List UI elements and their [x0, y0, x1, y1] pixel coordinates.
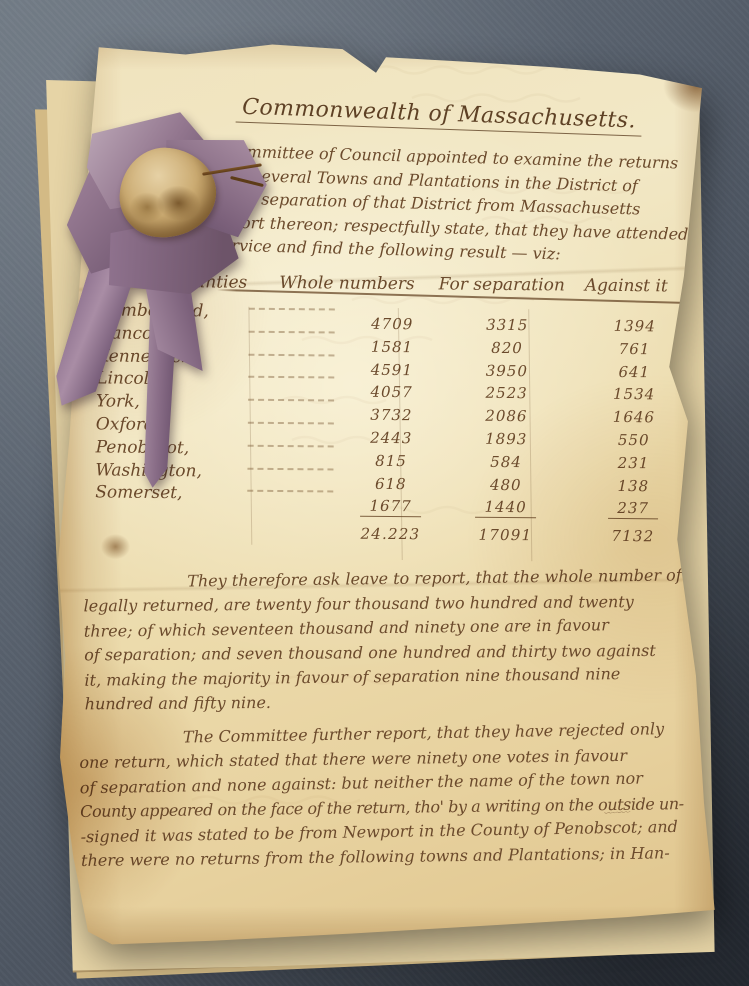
paragraph-line: legally returned, are twenty four thousa…: [83, 589, 693, 618]
for-separation-value: 584: [438, 452, 573, 471]
catchword-flourish: ﹏﹏: [604, 796, 631, 816]
dash-leader: [248, 444, 334, 447]
paragraph-line: of separation; and seven thousand one hu…: [84, 638, 694, 667]
dash-leader: [247, 467, 333, 470]
county-name: Somerset,: [91, 482, 241, 503]
dash-leader: [248, 398, 334, 401]
whole-number-value: 2443: [344, 428, 439, 447]
sum-underline: 237: [608, 499, 658, 519]
whole-number-value: 4591: [344, 360, 439, 379]
table-header-against-it: Against it: [585, 275, 668, 296]
for-separation-value: 2523: [439, 383, 574, 402]
total-whole-numbers: 24.223: [343, 524, 438, 543]
paragraph-line: hundred and fifty nine.: [85, 687, 695, 716]
total-for-separation: 17091: [438, 525, 573, 544]
against-value: 237: [573, 498, 693, 517]
for-separation-value: 3315: [440, 315, 575, 334]
whole-number-value: 815: [343, 451, 438, 470]
sum-underline: 1440: [475, 498, 535, 519]
whole-number-value: 1677: [343, 496, 438, 515]
whole-number-value: 4057: [344, 382, 439, 401]
table-totals-row: 24.223170917132: [91, 522, 693, 545]
for-separation-value: 820: [439, 338, 574, 357]
dash-leader: [247, 490, 333, 493]
for-separation-value: 3950: [439, 360, 574, 379]
against-value: 1646: [574, 407, 694, 426]
for-separation-value: 1440: [438, 497, 573, 516]
ribbon-seal: [62, 112, 302, 392]
report-paragraph: They therefore ask leave to report, that…: [83, 563, 695, 718]
against-value: 231: [573, 453, 693, 472]
dash-leader: [248, 421, 334, 424]
whole-number-value: 618: [343, 474, 438, 493]
whole-number-value: 4709: [345, 314, 440, 333]
against-value: 138: [573, 476, 693, 495]
table-header-for-separation: For separation: [439, 274, 565, 295]
total-against: 7132: [573, 526, 693, 545]
whole-number-value: 1581: [344, 337, 439, 356]
photo-background: Commonwealth of Massachusetts. The Commi…: [0, 0, 749, 986]
against-value: 550: [574, 430, 694, 449]
for-separation-value: 480: [438, 474, 573, 493]
against-value: 1534: [574, 384, 694, 403]
sum-underline: 1677: [360, 497, 420, 518]
for-separation-value: 1893: [439, 429, 574, 448]
closing-paragraph: The Committee further report, that they …: [79, 717, 695, 875]
whole-number-value: 3732: [344, 405, 439, 424]
for-separation-value: 2086: [439, 406, 574, 425]
